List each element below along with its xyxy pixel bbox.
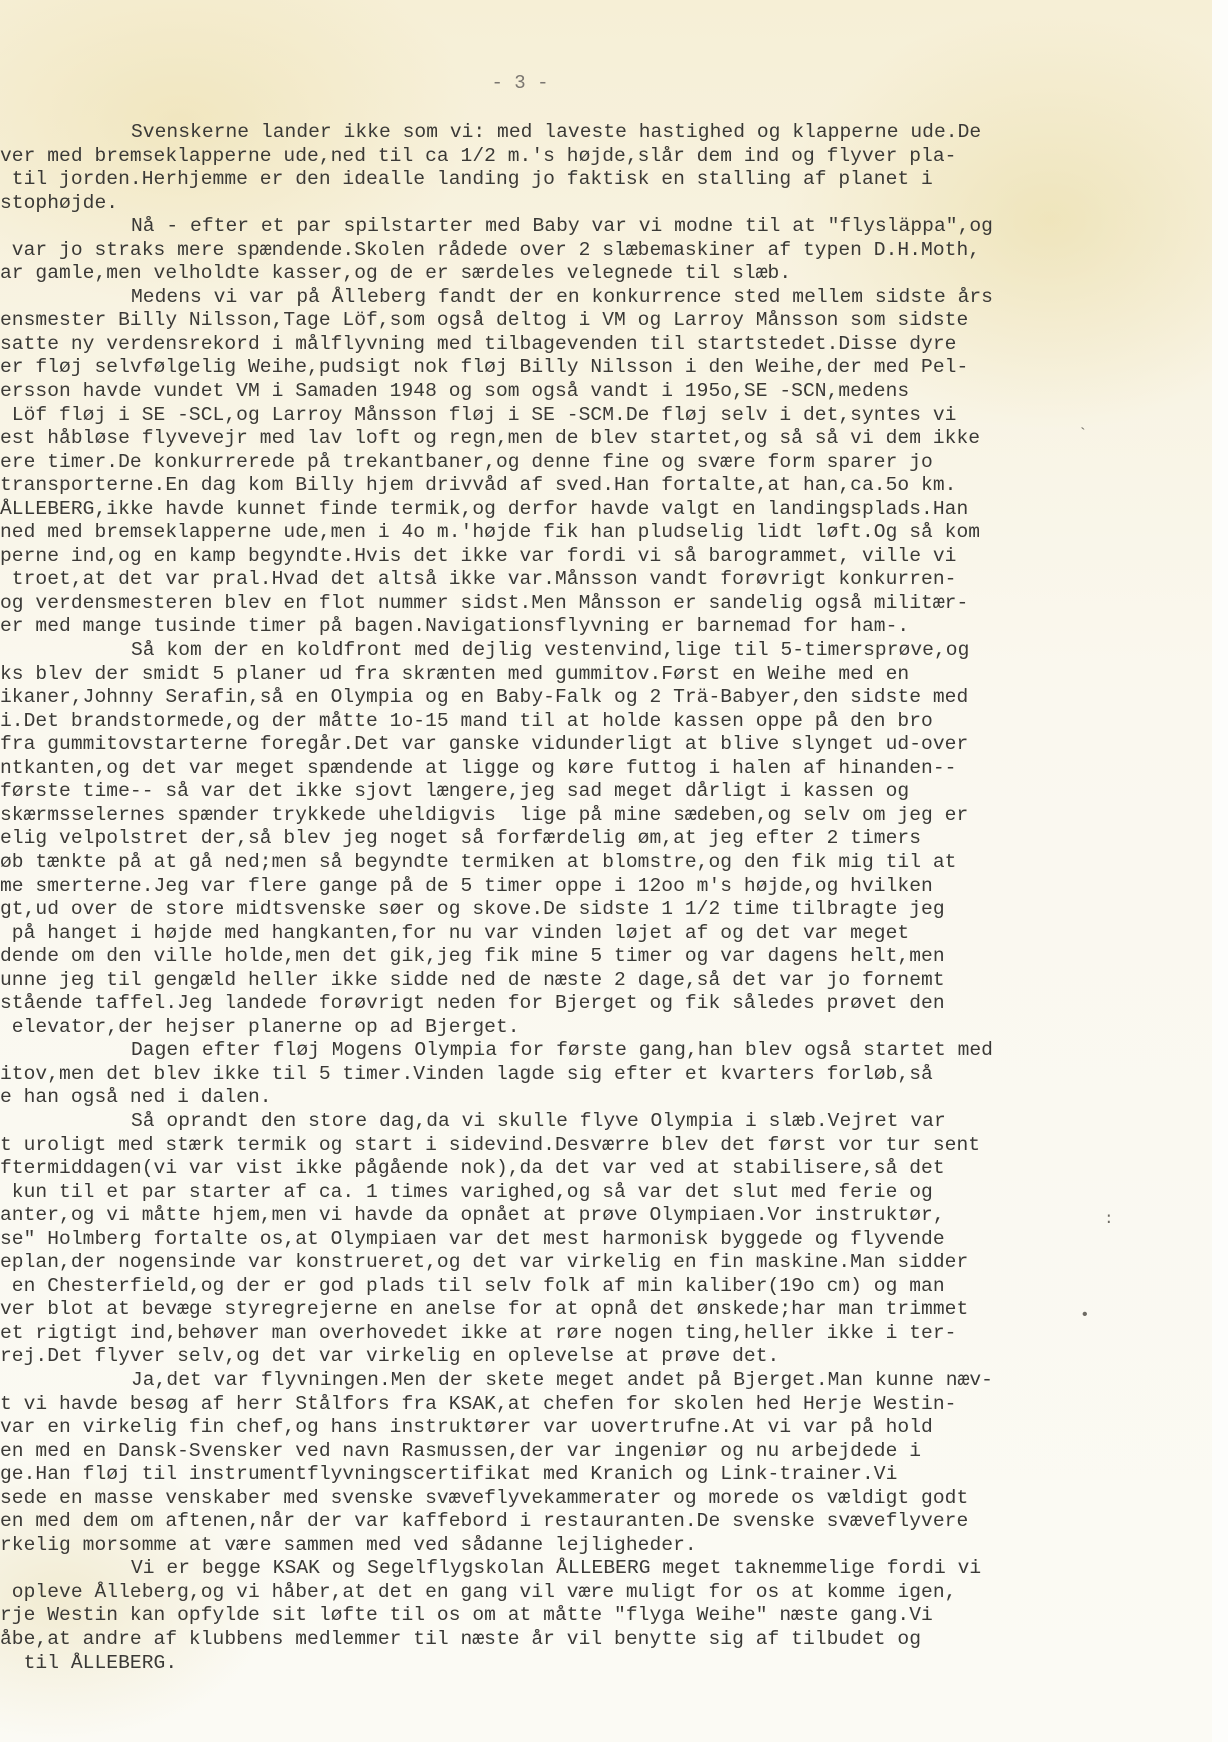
stray-mark: : <box>1104 1210 1114 1228</box>
text-line: sede en masse venskaber med svenske svæv… <box>0 1487 1100 1511</box>
text-line: første time-- så var det ikke sjovt læng… <box>0 780 1100 804</box>
text-line: Dagen efter fløj Mogens Olympia for førs… <box>0 1039 1100 1063</box>
text-line: ver blot at bevæge styregrejerne en anel… <box>0 1298 1100 1322</box>
text-line: unne jeg til gengæld heller ikke sidde n… <box>0 969 1100 993</box>
text-line: e han også ned i dalen. <box>0 1086 1100 1110</box>
text-line: ere timer.De konkurrerede på trekantbane… <box>0 451 1100 475</box>
text-line: Nå - efter et par spilstarter med Baby v… <box>0 215 1100 239</box>
text-line: ensmester Billy Nilsson,Tage Löf,som ogs… <box>0 309 1100 333</box>
text-line: en Chesterfield,og der er god plads til … <box>0 1275 1100 1299</box>
text-line: stående taffel.Jeg landede forøvrigt ned… <box>0 992 1100 1016</box>
text-line: rej.Det flyver selv,og det var virkelig … <box>0 1345 1100 1369</box>
text-line: ver med bremseklapperne ude,ned til ca 1… <box>0 145 1100 169</box>
text-line: var en virkelig fin chef,og hans instruk… <box>0 1416 1100 1440</box>
text-line: opleve Ålleberg,og vi håber,at det en ga… <box>0 1581 1100 1605</box>
text-line: ftermiddagen(vi var vist ikke pågående n… <box>0 1157 1100 1181</box>
text-line: ÅLLEBERG,ikke havde kunnet finde termik,… <box>0 498 1100 522</box>
text-line: Så kom der en koldfront med dejlig veste… <box>0 639 1100 663</box>
text-line: me smerterne.Jeg var flere gange på de 5… <box>0 875 1100 899</box>
text-line: dende om den ville holde,men det gik,jeg… <box>0 945 1100 969</box>
text-line: Ja,det var flyvningen.Men der skete mege… <box>0 1369 1100 1393</box>
text-line: itov,men det blev ikke til 5 timer.Vinde… <box>0 1063 1100 1087</box>
text-line: Medens vi var på Ålleberg fandt der en k… <box>0 286 1100 310</box>
text-line: ntkanten,og det var meget spændende at l… <box>0 757 1100 781</box>
text-line: stophøjde. <box>0 192 1100 216</box>
text-line: var jo straks mere spændende.Skolen råde… <box>0 239 1100 263</box>
stray-mark: ` <box>1078 426 1088 444</box>
text-line: en med en Dansk-Svensker ved navn Rasmus… <box>0 1440 1100 1464</box>
text-line: i.Det brandstormede,og der måtte 1o-15 m… <box>0 710 1100 734</box>
stray-mark: • <box>1080 1306 1090 1324</box>
text-line: rkelig morsomme at være sammen med ved s… <box>0 1534 1100 1558</box>
text-line: kun til et par starter af ca. 1 times va… <box>0 1181 1100 1205</box>
text-line: på hanget i højde med hangkanten,for nu … <box>0 922 1100 946</box>
text-line: til jorden.Herhjemme er den idealle land… <box>0 168 1100 192</box>
text-line: ersson havde vundet VM i Samaden 1948 og… <box>0 380 1100 404</box>
text-line: og verdensmesteren blev en flot nummer s… <box>0 592 1100 616</box>
text-line: er med mange tusinde timer på bagen.Navi… <box>0 615 1100 639</box>
text-line: en med dem om aftenen,når der var kaffeb… <box>0 1510 1100 1534</box>
text-line: ned med bremseklapperne ude,men i 4o m.'… <box>0 521 1100 545</box>
text-line: se" Holmberg fortalte os,at Olympiaen va… <box>0 1228 1100 1252</box>
text-line: elevator,der hejser planerne op ad Bjerg… <box>0 1016 1100 1040</box>
text-line: eplan,der nogensinde var konstrueret,og … <box>0 1251 1100 1275</box>
text-line: perne ind,og en kamp begyndte.Hvis det i… <box>0 545 1100 569</box>
text-line: rje Westin kan opfylde sit løfte til os … <box>0 1604 1100 1628</box>
text-line: øb tænkte på at gå ned;men så begyndte t… <box>0 851 1100 875</box>
text-line: t vi havde besøg af herr Stålfors fra KS… <box>0 1393 1100 1417</box>
document-body: Svenskerne lander ikke som vi: med laves… <box>0 121 1100 1675</box>
text-line: troet,at det var pral.Hvad det altså ikk… <box>0 568 1100 592</box>
scan-margin <box>1212 0 1228 1742</box>
text-line: est håbløse flyvevejr med lav loft og re… <box>0 427 1100 451</box>
text-line: ge.Han fløj til instrumentflyvningscerti… <box>0 1463 1100 1487</box>
text-line: ks blev der smidt 5 planer ud fra skrænt… <box>0 663 1100 687</box>
text-line: transporterne.En dag kom Billy hjem driv… <box>0 474 1100 498</box>
text-line: er fløj selvfølgelig Weihe,pudsigt nok f… <box>0 356 1100 380</box>
text-line: anter,og vi måtte hjem,men vi havde da o… <box>0 1204 1100 1228</box>
text-line: Löf fløj i SE -SCL,og Larroy Månsson flø… <box>0 404 1100 428</box>
text-line: til ÅLLEBERG. <box>0 1652 1100 1676</box>
text-line: elig velpolstret der,så blev jeg noget s… <box>0 827 1100 851</box>
text-line: ar gamle,men velholdte kasser,og de er s… <box>0 262 1100 286</box>
text-line: ikaner,Johnny Serafin,så en Olympia og e… <box>0 686 1100 710</box>
text-line: Så oprandt den store dag,da vi skulle fl… <box>0 1110 1100 1134</box>
text-line: t uroligt med stærk termik og start i si… <box>0 1134 1100 1158</box>
text-line: Vi er begge KSAK og Segelflygskolan ÅLLE… <box>0 1557 1100 1581</box>
text-line: Svenskerne lander ikke som vi: med laves… <box>0 121 1100 145</box>
typewritten-page: - 3 - Svenskerne lander ikke som vi: med… <box>0 0 1212 1742</box>
text-line: skærmsselernes spænder trykkede uheldigv… <box>0 804 1100 828</box>
text-line: åbe,at andre af klubbens medlemmer til n… <box>0 1628 1100 1652</box>
page-number: - 3 - <box>470 72 570 94</box>
text-line: gt,ud over de store midtsvenske søer og … <box>0 898 1100 922</box>
text-line: et rigtigt ind,behøver man overhovedet i… <box>0 1322 1100 1346</box>
text-line: fra gummitovstarterne foregår.Det var ga… <box>0 733 1100 757</box>
text-line: satte ny verdensrekord i målflyvning med… <box>0 333 1100 357</box>
